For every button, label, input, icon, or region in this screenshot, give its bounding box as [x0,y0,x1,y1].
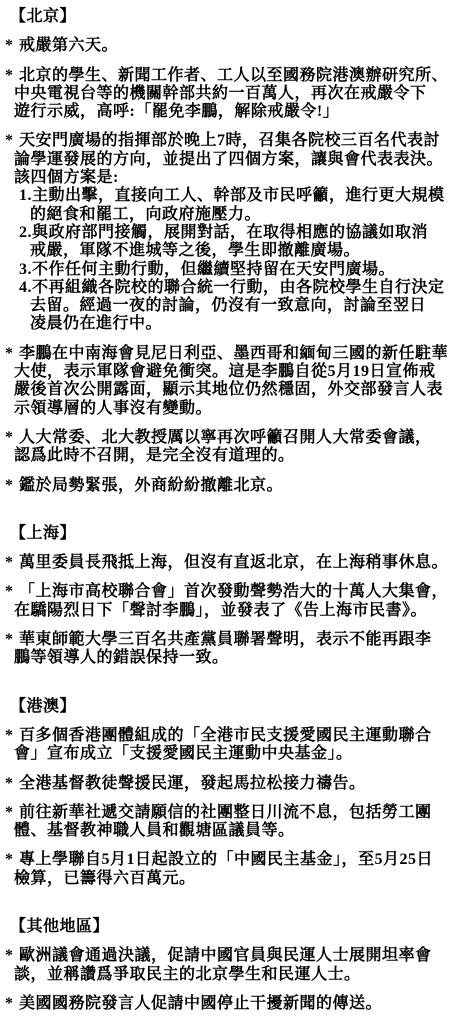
bullet-asterisk: * [5,67,14,85]
news-item: * 戒嚴第六天。 [0,37,458,55]
news-item-text: 華東師範大學三百名共產黨員聯署聲明，表示不能再跟李 鵬等領導人的錯誤保持一致。 [14,631,458,668]
bullet-asterisk: * [5,429,14,447]
section-3: 【其他地區】 * 歐洲議會通過決議，促請中國官員與民運人士展開坦率會 談，並稱讚… [0,918,458,1013]
news-subitem-text: 4.不再組織各院校的聯合統一行動，由各院校學生自行決定 去留。經過一夜的討論，仍… [14,279,458,334]
bullet-asterisk: * [5,947,14,965]
news-item-text: 萬里委員長飛抵上海，但沒有直返北京，在上海稍事休息。 [14,554,458,572]
bullet-asterisk: * [5,132,14,150]
news-item: * 鑑於局勢緊張，外商紛紛撤離北京。 [0,477,458,495]
news-subitem-text: 3.不作任何主動行動，但繼續堅持留在天安門廣場。 [14,261,458,279]
section-title: 【北京】 [10,8,458,26]
news-item-text: 鑑於局勢緊張，外商紛紛撤離北京。 [14,477,458,495]
bullet-asterisk: * [5,631,14,649]
news-subitem-text: 1.主動出擊，直接向工人、幹部及市民呼籲，進行更大規模 的絕食和罷工，向政府施壓… [14,187,458,224]
news-item: * 華東師範大學三百名共產黨員聯署聲明，表示不能再跟李 鵬等領導人的錯誤保持一致… [0,631,458,668]
section-title: 【上海】 [10,525,458,543]
bullet-asterisk: * [5,477,14,495]
bullet-asterisk: * [5,727,14,745]
news-item: * 美國國務院發言人促請中國停止干擾新聞的傳送。 [0,995,458,1013]
news-item: * 前往新華社遞交請願信的社團整日川流不息，包括勞工團 體、基督教神職人員和觀塘… [0,804,458,841]
section-items: * 戒嚴第六天。 * 北京的學生、新聞工作者、工人以至國務院港澳辦研究所、 中央… [0,37,458,495]
news-item-text: 全港基督教徒聲援民運，發起馬拉松接力禱告。 [14,775,458,793]
news-item-text: 戒嚴第六天。 [14,37,458,55]
news-digest-document: 【北京】 * 戒嚴第六天。 * 北京的學生、新聞工作者、工人以至國務院港澳辦研究… [0,8,458,1013]
news-item: * 百多個香港團體組成的「全港市民支援愛國民主運動聯合 會」宣布成立「支援愛國民… [0,727,458,764]
news-item-text: 人大常委、北大教授厲以寧再次呼籲召開人大常委會議， 認爲此時不召開，是完全沒有道… [14,429,458,466]
news-item-text: 天安門廣場的指揮部於晚上7時，召集各院校三百名代表討 論學運發展的方向，並提出了… [14,132,458,187]
news-item: * 天安門廣場的指揮部於晚上7時，召集各院校三百名代表討 論學運發展的方向，並提… [0,132,458,333]
news-item: * 歐洲議會通過決議，促請中國官員與民運人士展開坦率會 談，並稱讚爲爭取民主的北… [0,947,458,984]
bullet-asterisk: * [5,37,14,55]
bullet-asterisk: * [5,775,14,793]
bullet-asterisk: * [5,851,14,869]
bullet-asterisk: * [5,995,14,1013]
news-item-text: 百多個香港團體組成的「全港市民支援愛國民主運動聯合 會」宣布成立「支援愛國民主運… [14,727,458,764]
section-title: 【其他地區】 [10,918,458,936]
bullet-asterisk: * [5,804,14,822]
news-item-text: 專上學聯自5月1日起設立的「中國民主基金」，至5月25日 檢算，已籌得六百萬元。 [14,851,458,888]
news-item: * 人大常委、北大教授厲以寧再次呼籲召開人大常委會議， 認爲此時不召開，是完全沒… [0,429,458,466]
news-item: * 北京的學生、新聞工作者、工人以至國務院港澳辦研究所、 中央電視台等的機關幹部… [0,67,458,122]
bullet-asterisk: * [5,345,14,363]
section-title: 【港澳】 [10,698,458,716]
section-items: * 萬里委員長飛抵上海，但沒有直返北京，在上海稍事休息。 * 「上海市高校聯合會… [0,554,458,667]
section-1: 【上海】 * 萬里委員長飛抵上海，但沒有直返北京，在上海稍事休息。 * 「上海市… [0,525,458,668]
bullet-asterisk: * [5,583,14,601]
news-item: * 萬里委員長飛抵上海，但沒有直返北京，在上海稍事休息。 [0,554,458,572]
news-item: * 「上海市高校聯合會」首次發動聲勢浩大的十萬人大集會， 在驕陽烈日下「聲討李鵬… [0,583,458,620]
section-items: * 百多個香港團體組成的「全港市民支援愛國民主運動聯合 會」宣布成立「支援愛國民… [0,727,458,888]
news-item-text: 北京的學生、新聞工作者、工人以至國務院港澳辦研究所、 中央電視台等的機關幹部共約… [14,67,458,122]
news-item: * 李鵬在中南海會見尼日利亞、墨西哥和緬甸三國的新任駐華 大使，表示軍隊會避免衝… [0,345,458,418]
section-items: * 歐洲議會通過決議，促請中國官員與民運人士展開坦率會 談，並稱讚爲爭取民主的北… [0,947,458,1013]
news-item-text: 李鵬在中南海會見尼日利亞、墨西哥和緬甸三國的新任駐華 大使，表示軍隊會避免衝突。… [14,345,458,418]
news-subitem-text: 2.與政府部門接觸，展開對話，在取得相應的協議如取消 戒嚴，軍隊不進城等之後，學… [14,224,458,261]
news-item-text: 美國國務院發言人促請中國停止干擾新聞的傳送。 [14,995,458,1013]
section-2: 【港澳】 * 百多個香港團體組成的「全港市民支援愛國民主運動聯合 會」宣布成立「… [0,698,458,888]
news-item-text: 歐洲議會通過決議，促請中國官員與民運人士展開坦率會 談，並稱讚爲爭取民主的北京學… [14,947,458,984]
news-item-text: 「上海市高校聯合會」首次發動聲勢浩大的十萬人大集會， 在驕陽烈日下「聲討李鵬」，… [14,583,458,620]
bullet-asterisk: * [5,554,14,572]
news-item: * 全港基督教徒聲援民運，發起馬拉松接力禱告。 [0,775,458,793]
news-item-text: 前往新華社遞交請願信的社團整日川流不息，包括勞工團 體、基督教神職人員和觀塘區議… [14,804,458,841]
section-0: 【北京】 * 戒嚴第六天。 * 北京的學生、新聞工作者、工人以至國務院港澳辦研究… [0,8,458,495]
news-item: * 專上學聯自5月1日起設立的「中國民主基金」，至5月25日 檢算，已籌得六百萬… [0,851,458,888]
